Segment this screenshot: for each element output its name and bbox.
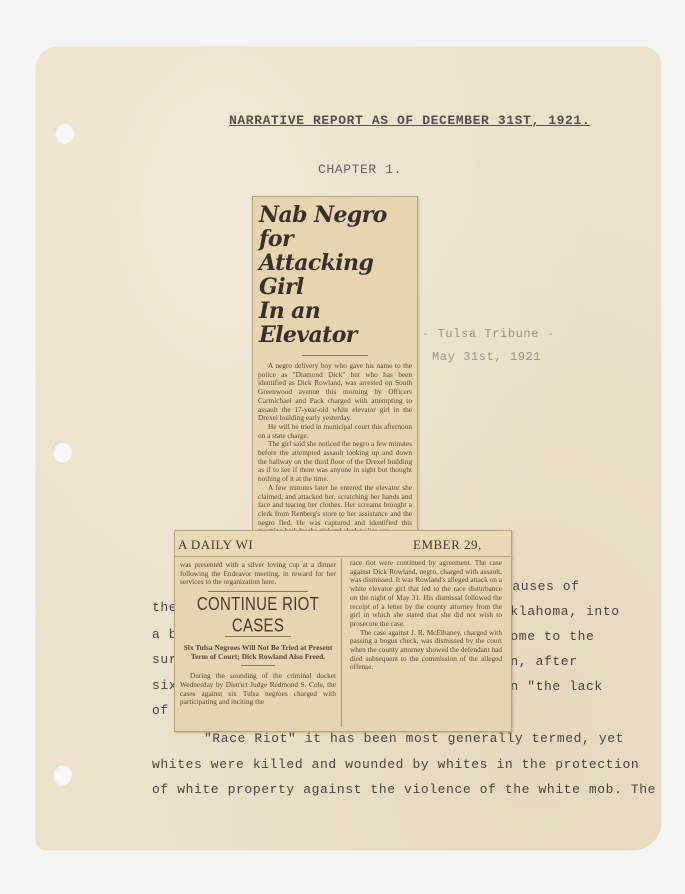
divider bbox=[208, 591, 308, 592]
chapter-heading: CHAPTER 1. bbox=[318, 162, 402, 177]
newspaper-banner-strip: A DAILY WI EMBER 29, 1921 bbox=[174, 530, 512, 557]
body-fragment: on "the lack bbox=[502, 679, 603, 694]
paragraph-line: of white property against the violence o… bbox=[152, 782, 656, 797]
body-fragment: come to the bbox=[502, 629, 594, 644]
clipping-headline: Nab Negro for Attacking Girl In an Eleva… bbox=[253, 197, 417, 351]
paragraph-line: "Race Riot" it has been most generally t… bbox=[204, 731, 624, 746]
clipping-left-top: was presented with a silver loving cup a… bbox=[175, 559, 341, 587]
report-title: NARRATIVE REPORT AS OF DECEMBER 31ST, 19… bbox=[229, 113, 590, 128]
clipping-paragraph: A negro delivery boy who gave his name t… bbox=[258, 362, 412, 423]
clipping-paragraph: race riot were continued by agreement. T… bbox=[350, 559, 502, 629]
divider bbox=[302, 355, 368, 356]
headline-line: Attacking Girl bbox=[259, 251, 413, 299]
newspaper-clipping-world: was presented with a silver loving cup a… bbox=[174, 556, 512, 732]
body-fragment: causes of bbox=[504, 579, 580, 594]
punch-hole bbox=[52, 441, 72, 463]
clipping-paragraph: A few minutes later he entered the eleva… bbox=[258, 484, 412, 536]
body-fragment: on, after bbox=[502, 654, 578, 669]
clipping-paragraph: He will be tried in municipal court this… bbox=[258, 423, 412, 440]
riot-subhead: Six Tulsa Negroes Will Not Be Tried at P… bbox=[175, 643, 341, 661]
source-note-date: May 31st, 1921 bbox=[432, 350, 541, 364]
clipping-body: A negro delivery boy who gave his name t… bbox=[253, 362, 417, 558]
newspaper-clipping-tribune: Nab Negro for Attacking Girl In an Eleva… bbox=[252, 196, 418, 558]
clipping-right-column: race riot were continued by agreement. T… bbox=[345, 559, 507, 672]
source-note-publication: - Tulsa Tribune - bbox=[422, 327, 555, 341]
punch-hole bbox=[54, 122, 74, 144]
clipping-left-column: was presented with a silver loving cup a… bbox=[175, 559, 342, 727]
paragraph-line: whites were killed and wounded by whites… bbox=[152, 757, 639, 772]
banner-left: A DAILY WI bbox=[178, 537, 253, 553]
riot-headline: CONTINUE RIOT CASES bbox=[175, 594, 341, 637]
clipping-paragraph: The girl said she noticed the negro a fe… bbox=[258, 440, 412, 484]
headline-line: Nab Negro for bbox=[259, 203, 413, 251]
body-fragment: Oklahoma, into bbox=[502, 604, 620, 619]
headline-line: In an Elevator bbox=[259, 299, 413, 347]
punch-hole bbox=[52, 764, 72, 786]
clipping-paragraph: The case against J. R. McElhaney, charge… bbox=[350, 629, 502, 673]
divider bbox=[241, 665, 274, 666]
divider bbox=[225, 636, 291, 637]
clipping-left-body: During the sounding of the criminal dock… bbox=[175, 672, 341, 707]
banner-date: EMBER 29, 1921 bbox=[413, 537, 511, 557]
